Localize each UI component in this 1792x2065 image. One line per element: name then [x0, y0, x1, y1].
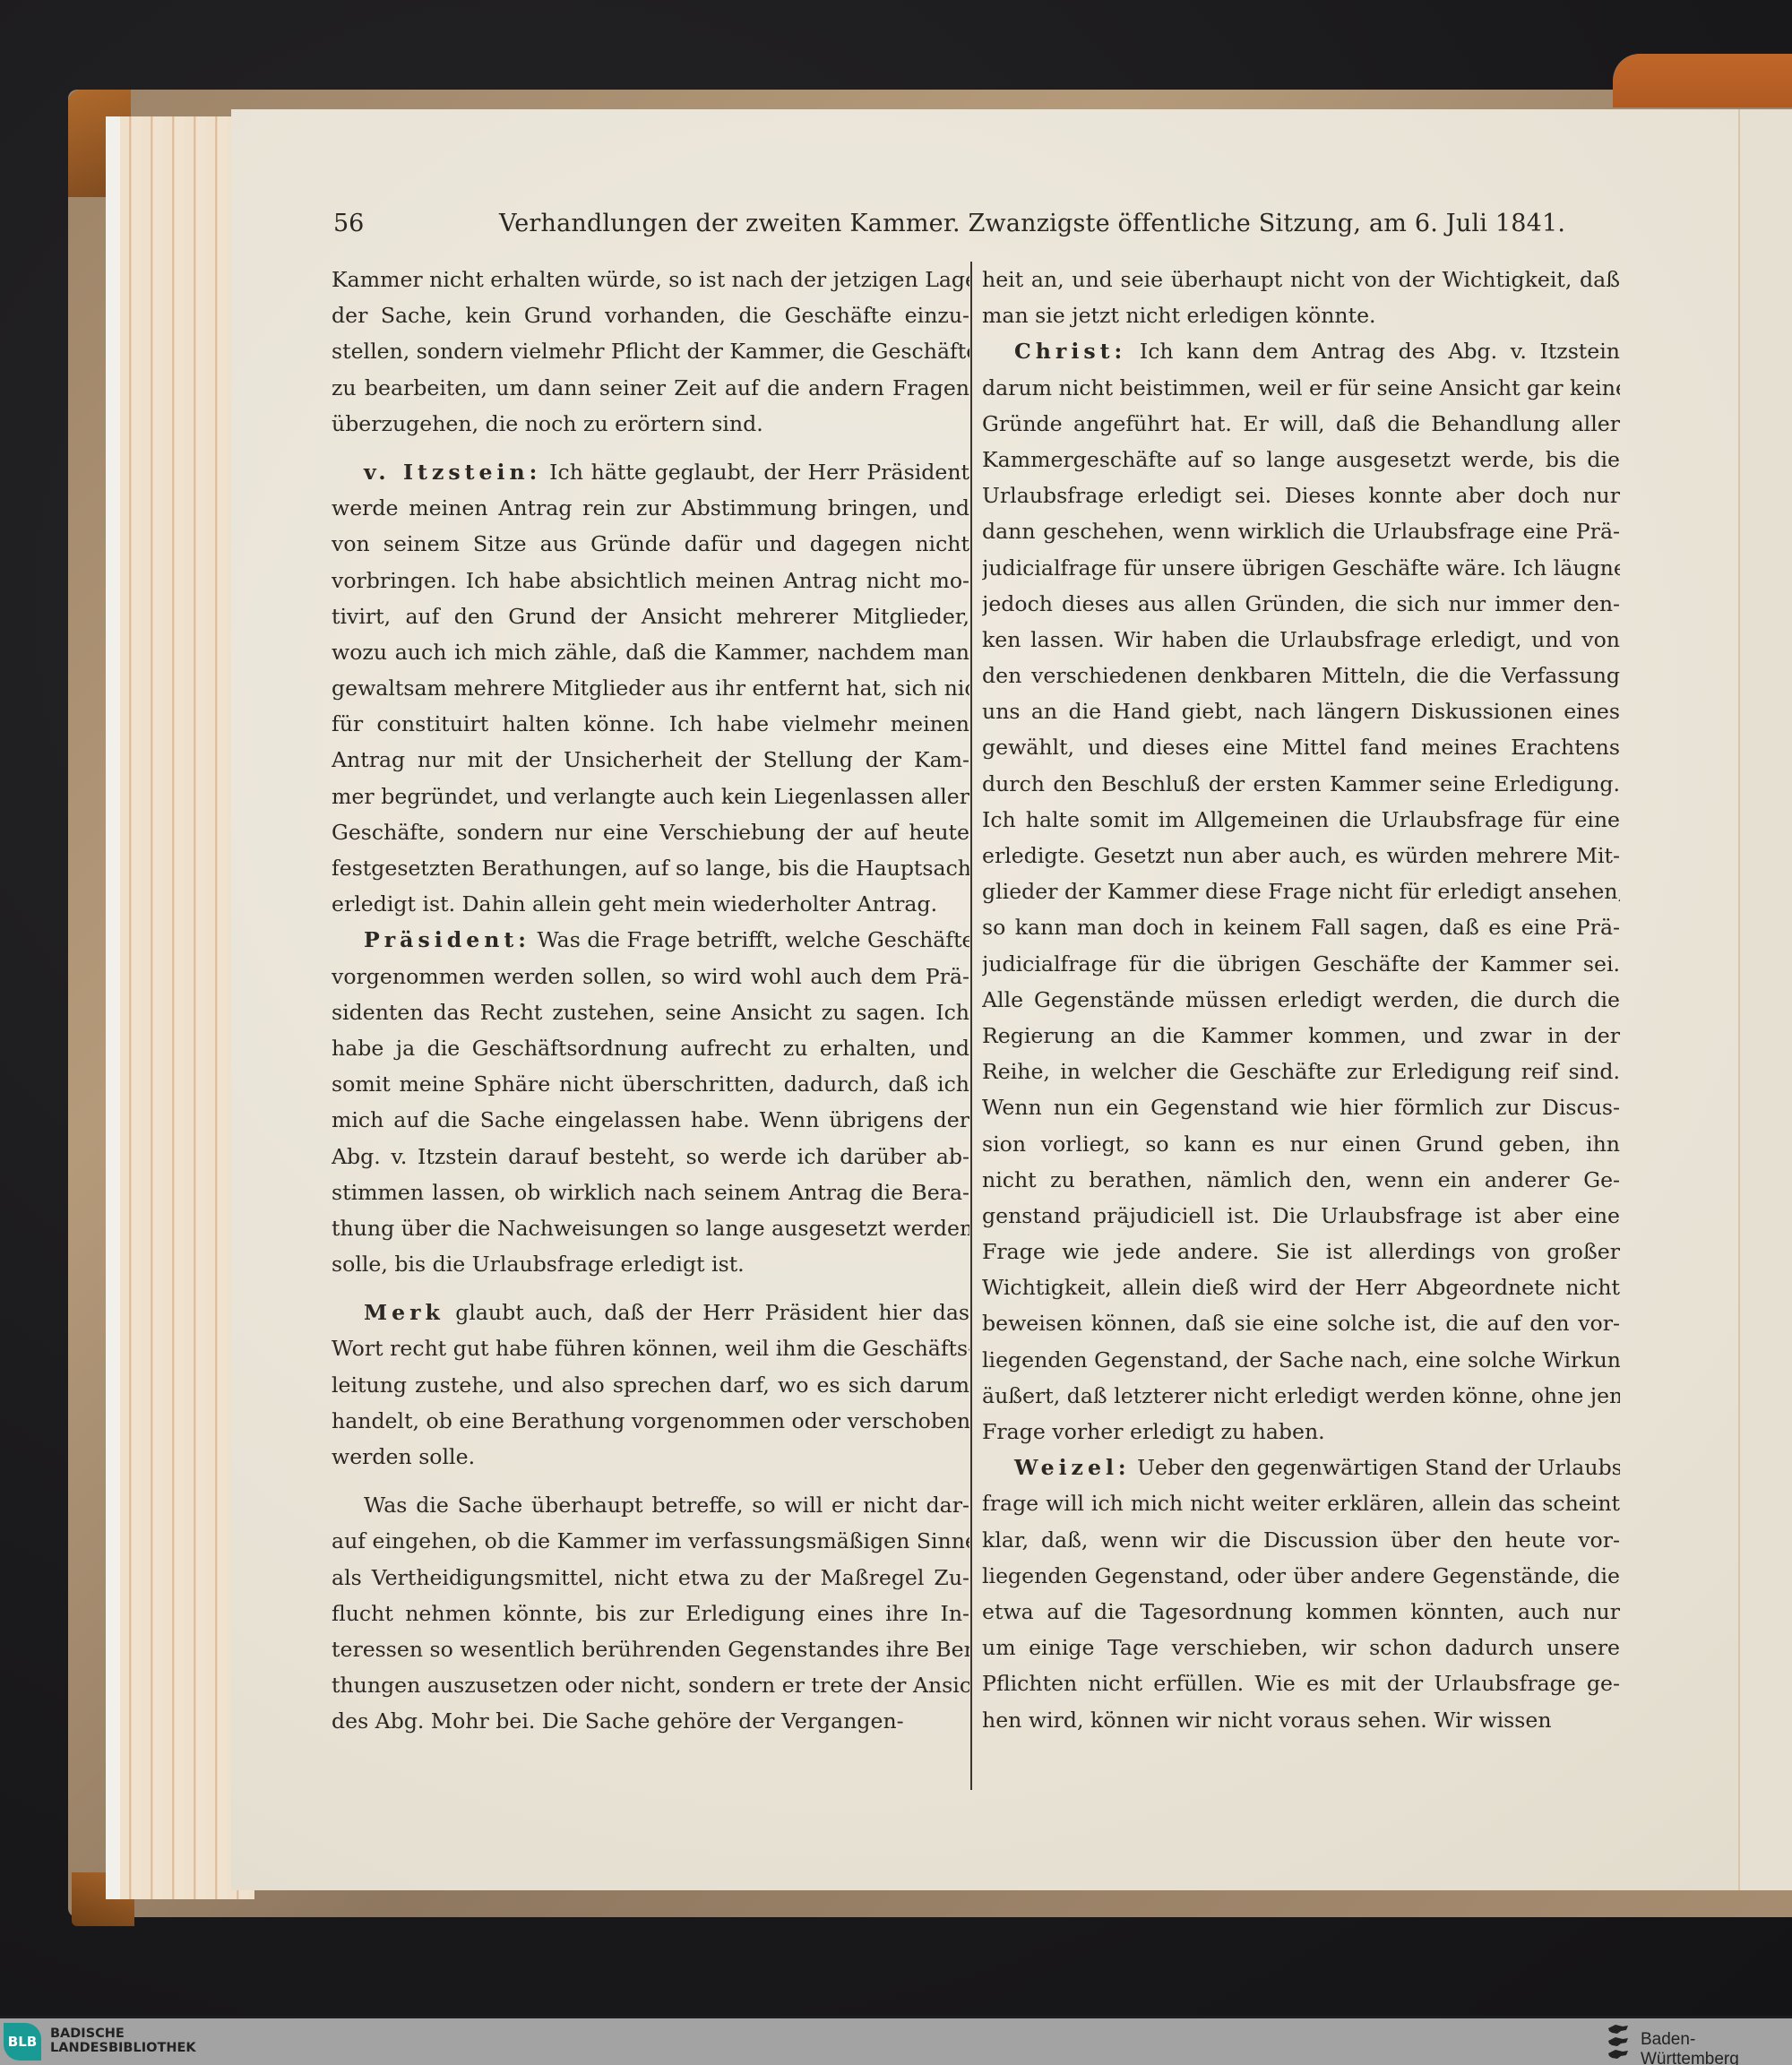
line-text: Alle Gegenstände müssen erledigt werden,…: [982, 987, 1620, 1012]
text-line: durch den Beschluß der ersten Kammer sei…: [982, 766, 1620, 802]
line-text: vorbringen. Ich habe absichtlich meinen …: [332, 568, 969, 593]
text-line: gewählt, und dieses eine Mittel fand mei…: [982, 729, 1620, 765]
line-text: Regierung an die Kammer kommen, und zwar…: [982, 1023, 1620, 1048]
text-line: judicialfrage für unsere übrigen Geschäf…: [982, 550, 1620, 586]
line-text: solle, bis die Urlaubsfrage erledigt ist…: [332, 1252, 745, 1277]
line-text: sion vorliegt, so kann es nur einen Grun…: [982, 1131, 1620, 1157]
line-text: Ich hätte geglaubt, der Herr Präsident: [549, 460, 969, 485]
column-divider: [970, 262, 972, 1790]
speaker-name: Weizel:: [1014, 1455, 1131, 1480]
text-line: Wenn nun ein Gegenstand wie hier förmlic…: [982, 1089, 1620, 1125]
line-text: stellen, sondern vielmehr Pflicht der Ka…: [332, 339, 969, 364]
line-text: nicht zu berathen, nämlich den, wenn ein…: [982, 1167, 1620, 1192]
book-cover-corner-top-right: [1613, 54, 1792, 108]
line-text: Kammer nicht erhalten würde, so ist nach…: [332, 267, 969, 292]
text-line: dann geschehen, wenn wirklich die Urlaub…: [982, 513, 1620, 549]
speaker-name: Merk: [364, 1300, 444, 1325]
text-line: liegenden Gegenstand, der Sache nach, ei…: [982, 1342, 1620, 1378]
line-text: um einige Tage verschieben, wir schon da…: [982, 1635, 1620, 1660]
text-line: Frage vorher erledigt zu haben.: [982, 1414, 1620, 1450]
line-text: Antrag nur mit der Unsicherheit der Stel…: [332, 747, 969, 772]
line-text: thung über die Nachweisungen so lange au…: [332, 1216, 969, 1241]
text-line: für constituirt halten könne. Ich habe v…: [332, 706, 969, 742]
line-text: sidenten das Recht zustehen, seine Ansic…: [332, 1000, 969, 1025]
line-text: Urlaubsfrage erledigt sei. Dieses konnte…: [982, 483, 1620, 508]
text-line: erledigte. Gesetzt nun aber auch, es wür…: [982, 838, 1620, 873]
text-line: erledigt ist. Dahin allein geht mein wie…: [332, 886, 969, 922]
text-line: beweisen können, daß sie eine solche ist…: [982, 1305, 1620, 1341]
text-line: somit meine Sphäre nicht überschritten, …: [332, 1066, 969, 1102]
text-line: uns an die Hand giebt, nach längern Disk…: [982, 693, 1620, 729]
line-text: leitung zustehe, und also sprechen darf,…: [332, 1372, 969, 1398]
state-name[interactable]: Baden-Württemberg: [1641, 2030, 1792, 2065]
text-line: mer begründet, und verlangte auch kein L…: [332, 779, 969, 814]
line-text: judicialfrage für unsere übrigen Geschäf…: [982, 555, 1620, 581]
line-text: Gründe angeführt hat. Er will, daß die B…: [982, 411, 1620, 436]
text-line: mich auf die Sache eingelassen habe. Wen…: [332, 1102, 969, 1138]
library-name-line1: BADISCHE: [50, 2026, 196, 2041]
text-line: Urlaubsfrage erledigt sei. Dieses konnte…: [982, 478, 1620, 513]
text-line: so kann man doch in keinem Fall sagen, d…: [982, 909, 1620, 945]
text-line: der Sache, kein Grund vorhanden, die Ges…: [332, 297, 969, 333]
line-text: thungen auszusetzen oder nicht, sondern …: [332, 1673, 969, 1698]
line-text: gewählt, und dieses eine Mittel fand mei…: [982, 735, 1620, 760]
line-text: mer begründet, und verlangte auch kein L…: [332, 784, 969, 809]
text-line: Geschäfte, sondern nur eine Verschiebung…: [332, 814, 969, 850]
line-text: als Vertheidigungsmittel, nicht etwa zu …: [332, 1565, 969, 1590]
text-line: Reihe, in welcher die Geschäfte zur Erle…: [982, 1054, 1620, 1089]
text-line: solle, bis die Urlaubsfrage erledigt ist…: [332, 1246, 969, 1282]
next-page-edge: [1738, 109, 1792, 1890]
line-text: erledigte. Gesetzt nun aber auch, es wür…: [982, 843, 1620, 868]
line-text: darum nicht beistimmen, weil er für sein…: [982, 375, 1620, 400]
text-line: thungen auszusetzen oder nicht, sondern …: [332, 1667, 969, 1703]
line-text: beweisen können, daß sie eine solche ist…: [982, 1311, 1620, 1336]
line-text: werde meinen Antrag rein zur Abstimmung …: [332, 495, 969, 521]
text-line: festgesetzten Berathungen, auf so lange,…: [332, 850, 969, 886]
paragraph-gap: [332, 1282, 969, 1295]
line-text: Pflichten nicht erfüllen. Wie es mit der…: [982, 1671, 1620, 1696]
left-column: Kammer nicht erhalten würde, so ist nach…: [332, 262, 969, 1740]
text-line: Was die Sache überhaupt betreffe, so wil…: [332, 1487, 969, 1523]
text-line: um einige Tage verschieben, wir schon da…: [982, 1630, 1620, 1665]
text-line: genstand präjudiciell ist. Die Urlaubsfr…: [982, 1198, 1620, 1234]
line-text: genstand präjudiciell ist. Die Urlaubsfr…: [982, 1203, 1620, 1228]
line-text: flucht nehmen könnte, bis zur Erledigung…: [332, 1601, 969, 1626]
text-line: auf eingehen, ob die Kammer im verfassun…: [332, 1523, 969, 1559]
text-line: des Abg. Mohr bei. Die Sache gehöre der …: [332, 1703, 969, 1739]
text-line: teressen so wesentlich berührenden Gegen…: [332, 1631, 969, 1667]
line-text: man sie jetzt nicht erledigen könnte.: [982, 303, 1376, 328]
line-text: Ich halte somit im Allgemeinen die Urlau…: [982, 807, 1620, 832]
library-name-line2: LANDESBIBLIOTHEK: [50, 2041, 196, 2055]
text-line: Pflichten nicht erfüllen. Wie es mit der…: [982, 1665, 1620, 1701]
text-line: flucht nehmen könnte, bis zur Erledigung…: [332, 1596, 969, 1631]
text-line: leitung zustehe, und also sprechen darf,…: [332, 1367, 969, 1403]
text-line: Kammergeschäfte auf so lange ausgesetzt …: [982, 442, 1620, 478]
line-text: stimmen lassen, ob wirklich nach seinem …: [332, 1180, 969, 1205]
line-text: glieder der Kammer diese Frage nicht für…: [982, 879, 1620, 904]
text-line: heit an, und seie überhaupt nicht von de…: [982, 262, 1620, 297]
text-line: wozu auch ich mich zähle, daß die Kammer…: [332, 634, 969, 670]
line-text: Frage wie jede andere. Sie ist allerding…: [982, 1239, 1620, 1264]
line-text: somit meine Sphäre nicht überschritten, …: [332, 1071, 969, 1097]
line-text: frage will ich mich nicht weiter erkläre…: [982, 1491, 1620, 1516]
line-text: Was die Sache überhaupt betreffe, so wil…: [364, 1493, 969, 1518]
text-line: frage will ich mich nicht weiter erkläre…: [982, 1485, 1620, 1521]
text-line: stellen, sondern vielmehr Pflicht der Ka…: [332, 333, 969, 369]
text-line: Abg. v. Itzstein darauf besteht, so werd…: [332, 1139, 969, 1174]
running-header: 56 Verhandlungen der zweiten Kammer. Zwa…: [333, 210, 1480, 245]
paragraph-gap: [332, 1475, 969, 1487]
line-text: Ueber den gegenwärtigen Stand der Urlaub…: [1137, 1455, 1620, 1480]
line-text: etwa auf die Tagesordnung kommen könnten…: [982, 1599, 1620, 1624]
line-text: Wenn nun ein Gegenstand wie hier förmlic…: [982, 1095, 1620, 1120]
text-line: judicialfrage für die übrigen Geschäfte …: [982, 946, 1620, 982]
line-text: liegenden Gegenstand, oder über andere G…: [982, 1563, 1620, 1588]
line-text: überzugehen, die noch zu erörtern sind.: [332, 411, 763, 436]
line-text: des Abg. Mohr bei. Die Sache gehöre der …: [332, 1708, 904, 1734]
text-line: Merk glaubt auch, daß der Herr Präsident…: [332, 1295, 969, 1330]
line-text: Geschäfte, sondern nur eine Verschiebung…: [332, 820, 969, 845]
right-column: heit an, und seie überhaupt nicht von de…: [982, 262, 1620, 1738]
line-text: den verschiedenen denkbaren Mitteln, die…: [982, 663, 1620, 688]
text-line: Gründe angeführt hat. Er will, daß die B…: [982, 406, 1620, 442]
text-line: gewaltsam mehrere Mitglieder aus ihr ent…: [332, 670, 969, 706]
line-text: werden solle.: [332, 1444, 475, 1469]
text-line: glieder der Kammer diese Frage nicht für…: [982, 873, 1620, 909]
text-line: Weizel: Ueber den gegenwärtigen Stand de…: [982, 1450, 1620, 1485]
text-line: man sie jetzt nicht erledigen könnte.: [982, 297, 1620, 333]
text-line: vorbringen. Ich habe absichtlich meinen …: [332, 563, 969, 598]
library-name[interactable]: BADISCHE LANDESBIBLIOTHEK: [50, 2026, 196, 2055]
text-line: äußert, daß letzterer nicht erledigt wer…: [982, 1378, 1620, 1414]
baden-wuerttemberg-lions-icon: [1607, 2023, 1630, 2062]
page-number: 56: [333, 210, 364, 237]
line-text: auf eingehen, ob die Kammer im verfassun…: [332, 1528, 969, 1553]
line-text: ken lassen. Wir haben die Urlaubsfrage e…: [982, 627, 1620, 652]
text-line: Alle Gegenstände müssen erledigt werden,…: [982, 982, 1620, 1018]
running-title: Verhandlungen der zweiten Kammer. Zwanzi…: [499, 210, 1565, 237]
line-text: judicialfrage für die übrigen Geschäfte …: [982, 951, 1620, 977]
line-text: mich auf die Sache eingelassen habe. Wen…: [332, 1107, 969, 1132]
text-line: tivirt, auf den Grund der Ansicht mehrer…: [332, 598, 969, 634]
line-text: liegenden Gegenstand, der Sache nach, ei…: [982, 1347, 1620, 1372]
line-text: Was die Frage betrifft, welche Geschäfte: [537, 927, 969, 952]
text-line: zu bearbeiten, um dann seiner Zeit auf d…: [332, 370, 969, 406]
text-line: handelt, ob eine Berathung vorgenommen o…: [332, 1403, 969, 1439]
speaker-name: Christ:: [1014, 339, 1126, 364]
text-line: von seinem Sitze aus Gründe dafür und da…: [332, 526, 969, 562]
line-text: jedoch dieses aus allen Gründen, die sic…: [982, 591, 1620, 616]
speaker-name: v. Itzstein:: [364, 460, 541, 485]
text-line: Christ: Ich kann dem Antrag des Abg. v. …: [982, 333, 1620, 369]
line-text: für constituirt halten könne. Ich habe v…: [332, 711, 969, 736]
text-line: liegenden Gegenstand, oder über andere G…: [982, 1558, 1620, 1594]
line-text: tivirt, auf den Grund der Ansicht mehrer…: [332, 604, 969, 629]
text-line: jedoch dieses aus allen Gründen, die sic…: [982, 586, 1620, 622]
line-text: Wort recht gut habe führen können, weil …: [332, 1336, 969, 1361]
line-text: von seinem Sitze aus Gründe dafür und da…: [332, 531, 969, 556]
blb-logo-icon[interactable]: BLB: [4, 2023, 41, 2061]
text-line: Regierung an die Kammer kommen, und zwar…: [982, 1018, 1620, 1054]
text-line: etwa auf die Tagesordnung kommen könnten…: [982, 1594, 1620, 1630]
line-text: der Sache, kein Grund vorhanden, die Ges…: [332, 303, 969, 328]
text-line: Kammer nicht erhalten würde, so ist nach…: [332, 262, 969, 297]
line-text: uns an die Hand giebt, nach längern Disk…: [982, 699, 1620, 724]
text-line: stimmen lassen, ob wirklich nach seinem …: [332, 1174, 969, 1210]
text-line: klar, daß, wenn wir die Discussion über …: [982, 1522, 1620, 1558]
text-line: den verschiedenen denkbaren Mitteln, die…: [982, 658, 1620, 693]
text-line: sidenten das Recht zustehen, seine Ansic…: [332, 994, 969, 1030]
line-text: klar, daß, wenn wir die Discussion über …: [982, 1527, 1620, 1553]
text-line: thung über die Nachweisungen so lange au…: [332, 1210, 969, 1246]
line-text: äußert, daß letzterer nicht erledigt wer…: [982, 1383, 1620, 1408]
line-text: glaubt auch, daß der Herr Präsident hier…: [455, 1300, 969, 1325]
line-text: teressen so wesentlich berührenden Gegen…: [332, 1637, 969, 1662]
text-line: habe ja die Geschäftsordnung aufrecht zu…: [332, 1030, 969, 1066]
line-text: Reihe, in welcher die Geschäfte zur Erle…: [982, 1059, 1620, 1084]
line-text: handelt, ob eine Berathung vorgenommen o…: [332, 1408, 969, 1433]
line-text: zu bearbeiten, um dann seiner Zeit auf d…: [332, 375, 969, 400]
line-text: Frage vorher erledigt zu haben.: [982, 1419, 1325, 1444]
line-text: so kann man doch in keinem Fall sagen, d…: [982, 915, 1620, 940]
text-line: Ich halte somit im Allgemeinen die Urlau…: [982, 802, 1620, 838]
text-line: überzugehen, die noch zu erörtern sind.: [332, 406, 969, 442]
line-text: wozu auch ich mich zähle, daß die Kammer…: [332, 640, 969, 665]
footer-bar: [0, 2018, 1792, 2065]
text-line: ken lassen. Wir haben die Urlaubsfrage e…: [982, 622, 1620, 658]
text-line: Präsident: Was die Frage betrifft, welch…: [332, 922, 969, 958]
speaker-name: Präsident:: [364, 927, 530, 952]
text-line: Antrag nur mit der Unsicherheit der Stel…: [332, 742, 969, 778]
line-text: erledigt ist. Dahin allein geht mein wie…: [332, 891, 937, 916]
text-line: darum nicht beistimmen, weil er für sein…: [982, 370, 1620, 406]
line-text: gewaltsam mehrere Mitglieder aus ihr ent…: [332, 675, 969, 701]
text-line: nicht zu berathen, nämlich den, wenn ein…: [982, 1162, 1620, 1198]
text-line: sion vorliegt, so kann es nur einen Grun…: [982, 1126, 1620, 1162]
line-text: dann geschehen, wenn wirklich die Urlaub…: [982, 519, 1620, 544]
text-line: Wichtigkeit, allein dieß wird der Herr A…: [982, 1269, 1620, 1305]
text-line: v. Itzstein: Ich hätte geglaubt, der Her…: [332, 454, 969, 490]
line-text: hen wird, können wir nicht voraus sehen.…: [982, 1708, 1552, 1733]
paragraph-gap: [332, 442, 969, 454]
line-text: Abg. v. Itzstein darauf besteht, so werd…: [332, 1144, 969, 1169]
text-line: als Vertheidigungsmittel, nicht etwa zu …: [332, 1560, 969, 1596]
text-line: Wort recht gut habe führen können, weil …: [332, 1330, 969, 1366]
line-text: vorgenommen werden sollen, so wird wohl …: [332, 964, 969, 989]
text-line: Frage wie jede andere. Sie ist allerding…: [982, 1234, 1620, 1269]
text-line: werden solle.: [332, 1439, 969, 1475]
line-text: Wichtigkeit, allein dieß wird der Herr A…: [982, 1275, 1620, 1300]
line-text: durch den Beschluß der ersten Kammer sei…: [982, 771, 1620, 796]
text-line: werde meinen Antrag rein zur Abstimmung …: [332, 490, 969, 526]
text-line: hen wird, können wir nicht voraus sehen.…: [982, 1702, 1620, 1738]
line-text: heit an, und seie überhaupt nicht von de…: [982, 267, 1620, 292]
line-text: habe ja die Geschäftsordnung aufrecht zu…: [332, 1036, 969, 1061]
line-text: festgesetzten Berathungen, auf so lange,…: [332, 856, 969, 881]
line-text: Kammergeschäfte auf so lange ausgesetzt …: [982, 447, 1620, 472]
text-line: vorgenommen werden sollen, so wird wohl …: [332, 959, 969, 994]
line-text: Ich kann dem Antrag des Abg. v. Itzstein: [1140, 339, 1620, 364]
